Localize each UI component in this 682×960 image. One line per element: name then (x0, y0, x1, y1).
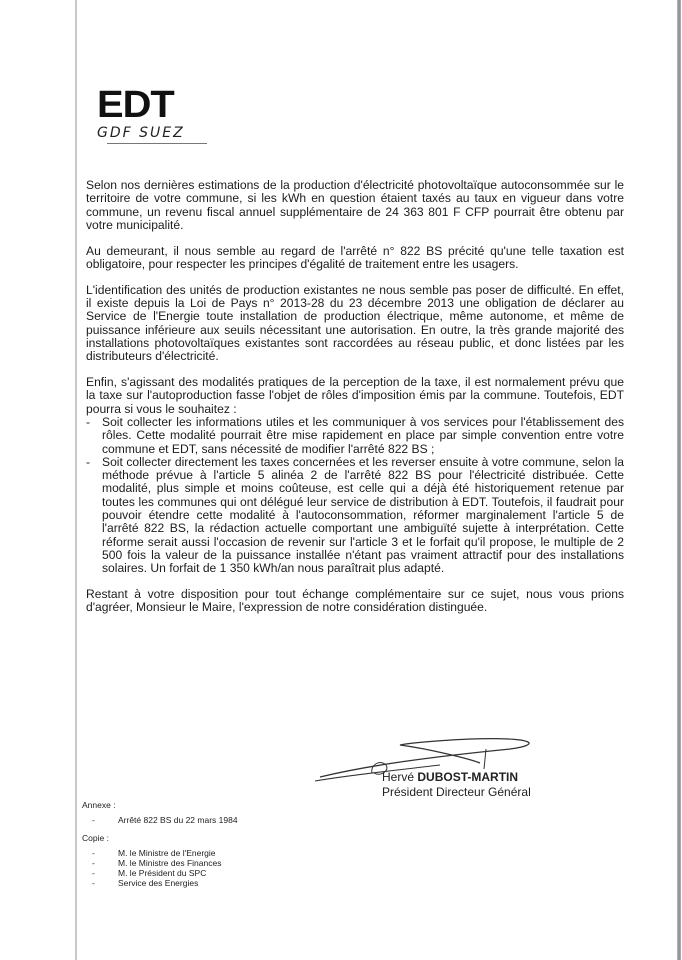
copy-item: -M. le Président du SPC (82, 868, 238, 878)
option-text: Soit collecter les informations utiles e… (102, 415, 624, 456)
paragraph-identification: L'identification des unités de productio… (86, 284, 624, 364)
copies-label: Copie : (82, 833, 238, 843)
paragraph-modalities: Enfin, s'agissant des modalités pratique… (86, 376, 624, 416)
logo-underline (107, 143, 207, 144)
logo-sub-brand: GDF SUEZ (97, 125, 207, 141)
annex-item: -Arrêté 822 BS du 22 mars 1984 (82, 815, 238, 825)
letter-body: Selon nos dernières estimations de la pr… (86, 179, 624, 627)
option-text: Soit collecter directement les taxes con… (102, 455, 624, 575)
signer-title: Président Directeur Général (382, 785, 531, 800)
scan-edge-left (75, 0, 77, 960)
paragraph-obligation: Au demeurant, il nous semble au regard d… (86, 245, 624, 272)
scan-edge-right (677, 0, 681, 960)
annex-label: Annexe : (82, 800, 238, 810)
list-item: -Soit collecter directement les taxes co… (86, 456, 624, 576)
paragraph-revenue: Selon nos dernières estimations de la pr… (86, 179, 624, 232)
edt-logo: EDT GDF SUEZ (97, 87, 207, 144)
copy-item: -M. le Ministre des Finances (82, 858, 238, 868)
paragraph-closing: Restant à votre disposition pour tout éc… (86, 588, 624, 615)
copy-item: -Service des Energies (82, 878, 238, 888)
list-item: -Soit collecter les informations utiles … (86, 416, 624, 456)
annex-block: Annexe : -Arrêté 822 BS du 22 mars 1984 … (82, 800, 238, 888)
signer-name: Hervé DUBOST-MARTIN (382, 770, 531, 785)
logo-brand: EDT (97, 87, 213, 123)
signer-block: Hervé DUBOST-MARTIN Président Directeur … (382, 770, 531, 800)
copy-item: -M. le Ministre de l'Energie (82, 848, 238, 858)
options-list: -Soit collecter les informations utiles … (86, 416, 624, 576)
